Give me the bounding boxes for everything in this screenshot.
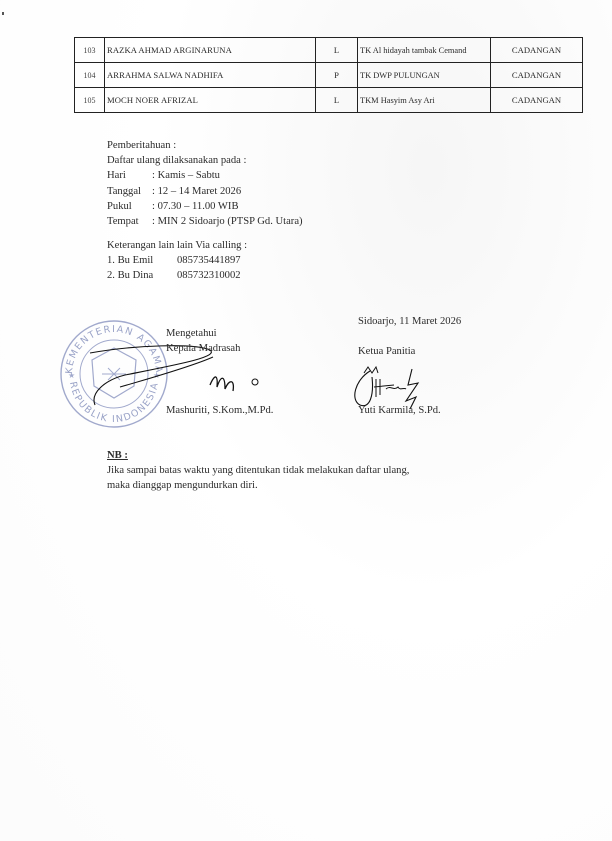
chairman-position: Ketua Panitia bbox=[358, 344, 415, 359]
table-row: 103 RAZKA AHMAD ARGINARUNA L TK Al hiday… bbox=[75, 38, 583, 63]
acknowledged-label: Mengetahui bbox=[166, 326, 217, 341]
nb-line-1: Jika sampai batas waktu yang ditentukan … bbox=[107, 463, 409, 478]
cell-name: MOCH NOER AFRIZAL bbox=[105, 88, 316, 113]
notice-intro: Daftar ulang dilaksanakan pada : bbox=[107, 153, 303, 168]
notice-heading: Pemberitahuan : bbox=[107, 138, 303, 153]
cell-status: CADANGAN bbox=[491, 88, 583, 113]
notice-section: Pemberitahuan : Daftar ulang dilaksanaka… bbox=[107, 138, 303, 229]
headmaster-name: Mashuriti, S.Kom.,M.Pd. bbox=[166, 403, 273, 418]
nb-title: NB : bbox=[107, 448, 409, 463]
contacts-heading: Keterangan lain lain Via calling : bbox=[107, 238, 247, 253]
notice-detail-date: Tanggal : 12 – 14 Maret 2026 bbox=[107, 184, 303, 199]
nb-line-2: maka dianggap mengundurkan diri. bbox=[107, 478, 409, 493]
detail-label: Hari bbox=[107, 168, 152, 183]
detail-label: Tanggal bbox=[107, 184, 152, 199]
cell-school: TK Al hidayah tambak Cemand bbox=[358, 38, 491, 63]
roster-table: 103 RAZKA AHMAD ARGINARUNA L TK Al hiday… bbox=[74, 37, 583, 113]
contact-phone: 085732310002 bbox=[177, 268, 241, 283]
cell-school: TKM Hasyim Asy Ari bbox=[358, 88, 491, 113]
detail-label: Pukul bbox=[107, 199, 152, 214]
cell-gender: L bbox=[316, 38, 358, 63]
contact-item: 1. Bu Emil 085735441897 bbox=[107, 253, 247, 268]
detail-value: : 07.30 – 11.00 WIB bbox=[152, 199, 239, 214]
contact-phone: 085735441897 bbox=[177, 253, 241, 268]
cell-gender: P bbox=[316, 63, 358, 88]
detail-value: : 12 – 14 Maret 2026 bbox=[152, 184, 241, 199]
place-date: Sidoarjo, 11 Maret 2026 bbox=[358, 314, 461, 329]
cell-name: RAZKA AHMAD ARGINARUNA bbox=[105, 38, 316, 63]
table-row: 105 MOCH NOER AFRIZAL L TKM Hasyim Asy A… bbox=[75, 88, 583, 113]
contact-name: 1. Bu Emil bbox=[107, 253, 177, 268]
contact-name: 2. Bu Dina bbox=[107, 268, 177, 283]
table-row: 104 ARRAHMA SALWA NADHIFA P TK DWP PULUN… bbox=[75, 63, 583, 88]
notice-detail-time: Pukul : 07.30 – 11.00 WIB bbox=[107, 199, 303, 214]
scan-speck bbox=[2, 12, 4, 15]
detail-value: : Kamis – Sabtu bbox=[152, 168, 220, 183]
nb-section: NB : Jika sampai batas waktu yang ditent… bbox=[107, 448, 409, 494]
cell-number: 104 bbox=[75, 63, 105, 88]
cell-status: CADANGAN bbox=[491, 38, 583, 63]
detail-value: : MIN 2 Sidoarjo (PTSP Gd. Utara) bbox=[152, 214, 303, 229]
contacts-section: Keterangan lain lain Via calling : 1. Bu… bbox=[107, 238, 247, 284]
notice-detail-day: Hari : Kamis – Sabtu bbox=[107, 168, 303, 183]
cell-number: 103 bbox=[75, 38, 105, 63]
contact-item: 2. Bu Dina 085732310002 bbox=[107, 268, 247, 283]
cell-school: TK DWP PULUNGAN bbox=[358, 63, 491, 88]
chairman-signature-icon bbox=[350, 365, 430, 415]
detail-label: Tempat bbox=[107, 214, 152, 229]
cell-gender: L bbox=[316, 88, 358, 113]
cell-status: CADANGAN bbox=[491, 63, 583, 88]
cell-name: ARRAHMA SALWA NADHIFA bbox=[105, 63, 316, 88]
document-page: 103 RAZKA AHMAD ARGINARUNA L TK Al hiday… bbox=[0, 0, 612, 841]
svg-text:★: ★ bbox=[68, 371, 75, 380]
cell-number: 105 bbox=[75, 88, 105, 113]
notice-detail-place: Tempat : MIN 2 Sidoarjo (PTSP Gd. Utara) bbox=[107, 214, 303, 229]
headmaster-position: Kepala Madrasah bbox=[166, 341, 240, 356]
